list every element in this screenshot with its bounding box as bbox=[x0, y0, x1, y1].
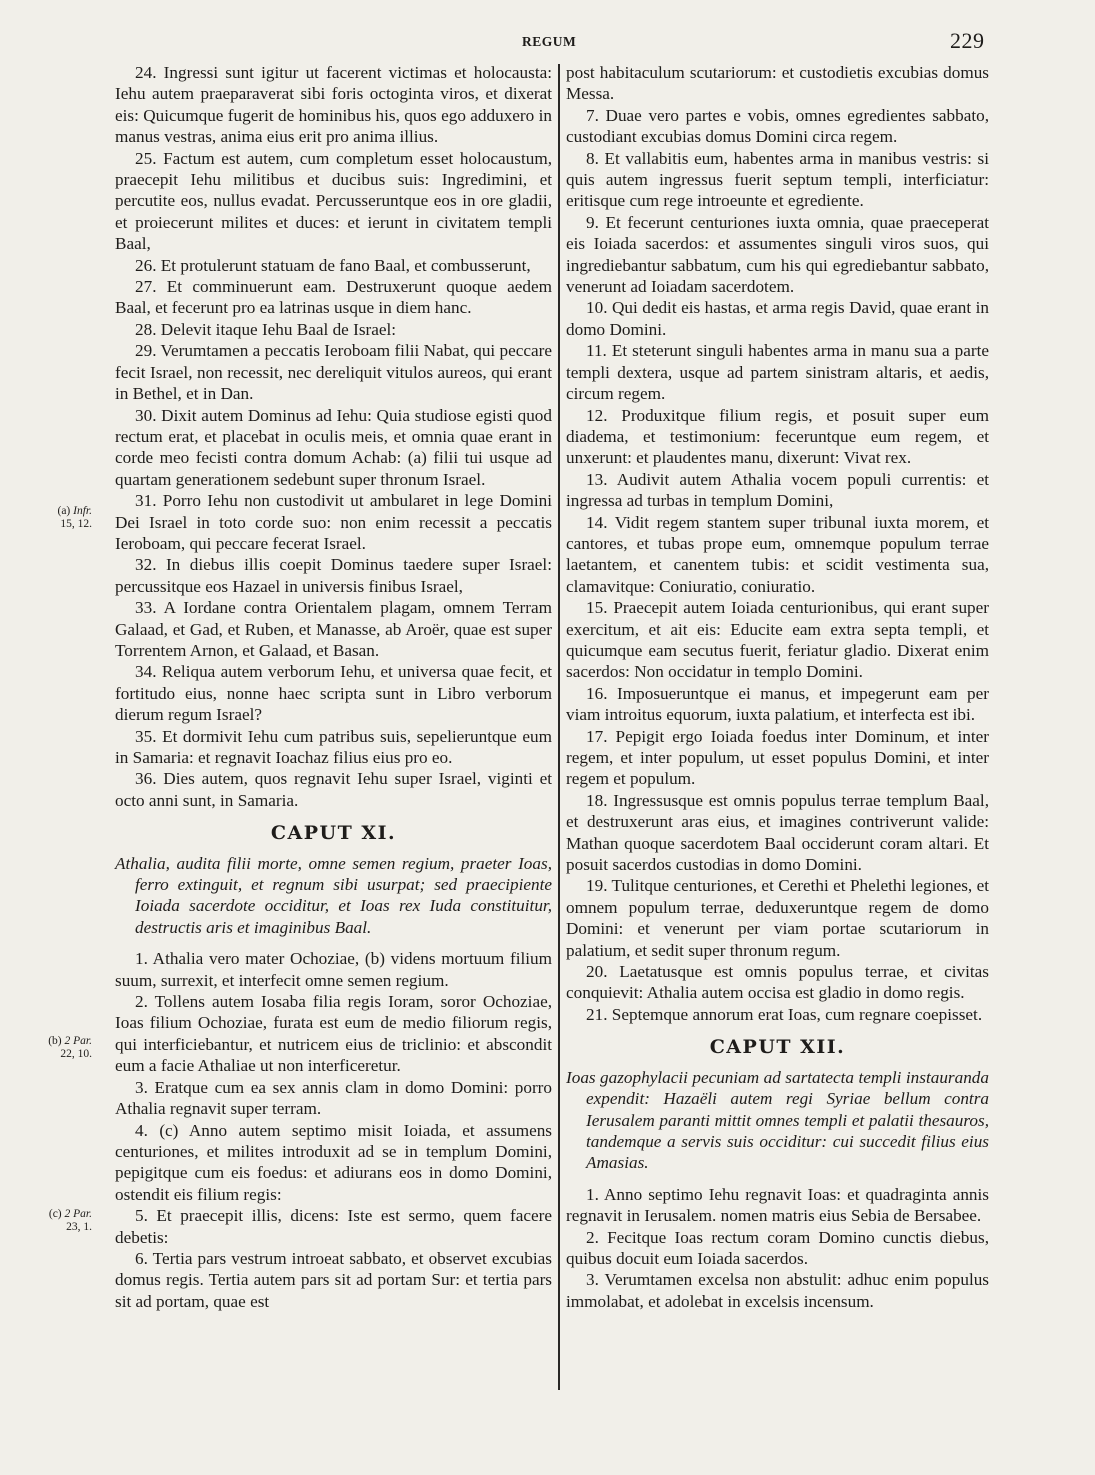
verse: 4. (c) Anno autem septimo misit Ioiada, … bbox=[115, 1120, 552, 1206]
verse: 15. Praecepit autem Ioiada centurionibus… bbox=[566, 597, 989, 683]
verse: 29. Verumtamen a peccatis Ieroboam filii… bbox=[115, 340, 552, 404]
verse: 32. In diebus illis coepit Dominus taede… bbox=[115, 554, 552, 597]
verse: 31. Porro Iehu non custodivit ut ambular… bbox=[115, 490, 552, 554]
verse: 12. Produxitque filium regis, et posuit … bbox=[566, 405, 989, 469]
verse: 27. Et comminuerunt eam. Destruxerunt qu… bbox=[115, 276, 552, 319]
column-rule bbox=[558, 64, 560, 1390]
right-verses-before: post habitaculum scutariorum: et custodi… bbox=[566, 62, 989, 1025]
verse: 5. Et praecepit illis, dicens: Iste est … bbox=[115, 1205, 552, 1248]
margin-note-c: (c) 2 Par. 23, 1. bbox=[12, 1208, 92, 1234]
right-column: post habitaculum scutariorum: et custodi… bbox=[566, 62, 989, 1312]
verse: 36. Dies autem, quos regnavit Iehu super… bbox=[115, 768, 552, 811]
verse: 2. Fecitque Ioas rectum coram Domino cun… bbox=[566, 1227, 989, 1270]
chapter-heading-xii: CAPUT XII. bbox=[566, 1037, 989, 1058]
verse: 30. Dixit autem Dominus ad Iehu: Quia st… bbox=[115, 405, 552, 491]
verse: 1. Anno septimo Iehu regnavit Ioas: et q… bbox=[566, 1184, 989, 1227]
chapter-heading-xi: CAPUT XI. bbox=[115, 823, 552, 844]
left-verses-after: 1. Athalia vero mater Ochoziae, (b) vide… bbox=[115, 948, 552, 1312]
margin-note-a: (a) Infr. 15, 12. bbox=[12, 505, 92, 531]
running-title: REGUM bbox=[522, 34, 576, 50]
verse: 17. Pepigit ergo Ioiada foedus inter Dom… bbox=[566, 726, 989, 790]
verse: 2. Tollens autem Iosaba filia regis Iora… bbox=[115, 991, 552, 1077]
verse: post habitaculum scutariorum: et custodi… bbox=[566, 62, 989, 105]
chapter-summary-xii: Ioas gazophylacii pecuniam ad sartatecta… bbox=[566, 1067, 989, 1174]
verse: 18. Ingressusque est omnis populus terra… bbox=[566, 790, 989, 876]
verse: 20. Laetatusque est omnis populus terrae… bbox=[566, 961, 989, 1004]
right-verses-after: 1. Anno septimo Iehu regnavit Ioas: et q… bbox=[566, 1184, 989, 1312]
verse: 9. Et fecerunt centuriones iuxta omnia, … bbox=[566, 212, 989, 298]
verse: 21. Septemque annorum erat Ioas, cum reg… bbox=[566, 1004, 989, 1025]
verse: 10. Qui dedit eis hastas, et arma regis … bbox=[566, 297, 989, 340]
verse: 19. Tulitque centuriones, et Cerethi et … bbox=[566, 875, 989, 961]
verse: 35. Et dormivit Iehu cum patribus suis, … bbox=[115, 726, 552, 769]
verse: 7. Duae vero partes e vobis, omnes egred… bbox=[566, 105, 989, 148]
verse: 16. Imposueruntque ei manus, et impegeru… bbox=[566, 683, 989, 726]
verse: 34. Reliqua autem verborum Iehu, et univ… bbox=[115, 661, 552, 725]
verse: 25. Factum est autem, cum completum esse… bbox=[115, 148, 552, 255]
verse: 14. Vidit regem stantem super tribunal i… bbox=[566, 512, 989, 598]
page-number: 229 bbox=[950, 28, 985, 54]
verse: 6. Tertia pars vestrum introeat sabbato,… bbox=[115, 1248, 552, 1312]
chapter-summary-xi: Athalia, audita filii morte, omne semen … bbox=[115, 853, 552, 939]
verse: 1. Athalia vero mater Ochoziae, (b) vide… bbox=[115, 948, 552, 991]
verse: 3. Eratque cum ea sex annis clam in domo… bbox=[115, 1077, 552, 1120]
verse: 33. A Iordane contra Orientalem plagam, … bbox=[115, 597, 552, 661]
left-column: 24. Ingressi sunt igitur ut facerent vic… bbox=[115, 62, 552, 1312]
verse: 3. Verumtamen excelsa non abstulit: adhu… bbox=[566, 1269, 989, 1312]
left-verses-before: 24. Ingressi sunt igitur ut facerent vic… bbox=[115, 62, 552, 811]
verse: 28. Delevit itaque Iehu Baal de Israel: bbox=[115, 319, 552, 340]
verse: 13. Audivit autem Athalia vocem populi c… bbox=[566, 469, 989, 512]
verse: 24. Ingressi sunt igitur ut facerent vic… bbox=[115, 62, 552, 148]
verse: 26. Et protulerunt statuam de fano Baal,… bbox=[115, 255, 552, 276]
verse: 8. Et vallabitis eum, habentes arma in m… bbox=[566, 148, 989, 212]
margin-note-b: (b) 2 Par. 22, 10. bbox=[12, 1035, 92, 1061]
verse: 11. Et steterunt singuli habentes arma i… bbox=[566, 340, 989, 404]
